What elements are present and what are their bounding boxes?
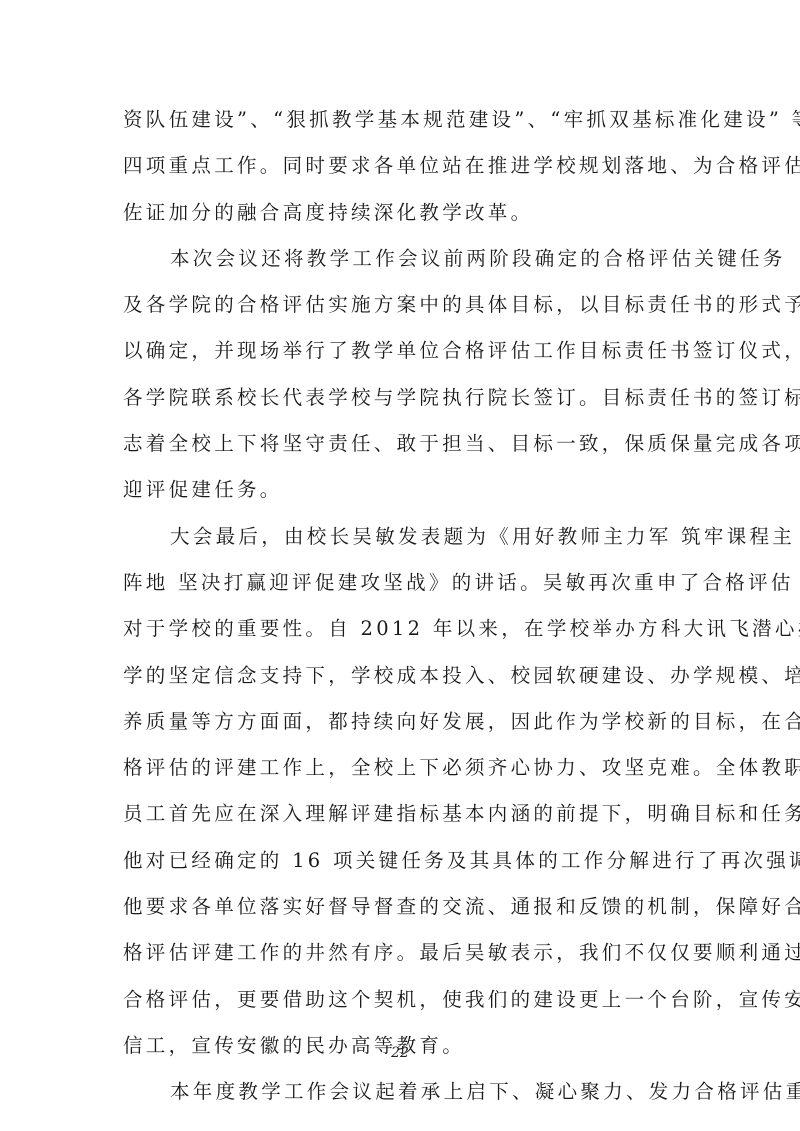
text-line: 他要求各单位落实好督导督查的交流、通报和反馈的机制，保障好合 (123, 884, 683, 930)
document-page: 资队伍建设”、“狠抓教学基本规范建设”、“牢抓双基标准化建设” 等 四项重点工作… (0, 0, 800, 1131)
text-line: 四项重点工作。同时要求各单位站在推进学校规划落地、为合格评估 (123, 143, 683, 189)
body-text: 资队伍建设”、“狠抓教学基本规范建设”、“牢抓双基标准化建设” 等 四项重点工作… (123, 97, 683, 1116)
text-line: 及各学院的合格评估实施方案中的具体目标，以目标责任书的形式予 (123, 282, 683, 328)
text-line: 资队伍建设”、“狠抓教学基本规范建设”、“牢抓双基标准化建设” 等 (123, 97, 683, 143)
text-line: 以确定，并现场举行了教学单位合格评估工作目标责任书签订仪式， (123, 328, 683, 374)
text-line: 对于学校的重要性。自 2012 年以来，在学校举办方科大讯飞潜心办 (123, 606, 683, 652)
paragraph-first-line: 本次会议还将教学工作会议前两阶段确定的合格评估关键任务 (123, 236, 683, 282)
text-line: 格评估评建工作的井然有序。最后吴敏表示，我们不仅仅要顺利通过 (123, 930, 683, 976)
text-line: 合格评估，更要借助这个契机，使我们的建设更上一个台阶，宣传安 (123, 977, 683, 1023)
page-number: 22 (0, 1045, 800, 1061)
text-line: 各学院联系校长代表学校与学院执行院长签订。目标责任书的签订标 (123, 375, 683, 421)
text-line: 阵地 坚决打赢迎评促建攻坚战》的讲话。吴敏再次重申了合格评估 (123, 560, 683, 606)
text-line: 他对已经确定的 16 项关键任务及其具体的工作分解进行了再次强调。 (123, 838, 683, 884)
text-line: 员工首先应在深入理解评建指标基本内涵的前提下，明确目标和任务， (123, 791, 683, 837)
text-line: 迎评促建任务。 (123, 467, 683, 513)
paragraph-first-line: 本年度教学工作会议起着承上启下、凝心聚力、发力合格评估重 (123, 1069, 683, 1115)
text-line: 格评估的评建工作上，全校上下必须齐心协力、攻坚克难。全体教职 (123, 745, 683, 791)
text-line: 学的坚定信念支持下，学校成本投入、校园软硬建设、办学规模、培 (123, 653, 683, 699)
text-line: 养质量等方方面面，都持续向好发展，因此作为学校新的目标，在合 (123, 699, 683, 745)
paragraph-first-line: 大会最后，由校长吴敏发表题为《用好教师主力军 筑牢课程主 (123, 514, 683, 560)
text-line: 志着全校上下将坚守责任、敢于担当、目标一致，保质保量完成各项 (123, 421, 683, 467)
text-line: 佐证加分的融合高度持续深化教学改革。 (123, 190, 683, 236)
